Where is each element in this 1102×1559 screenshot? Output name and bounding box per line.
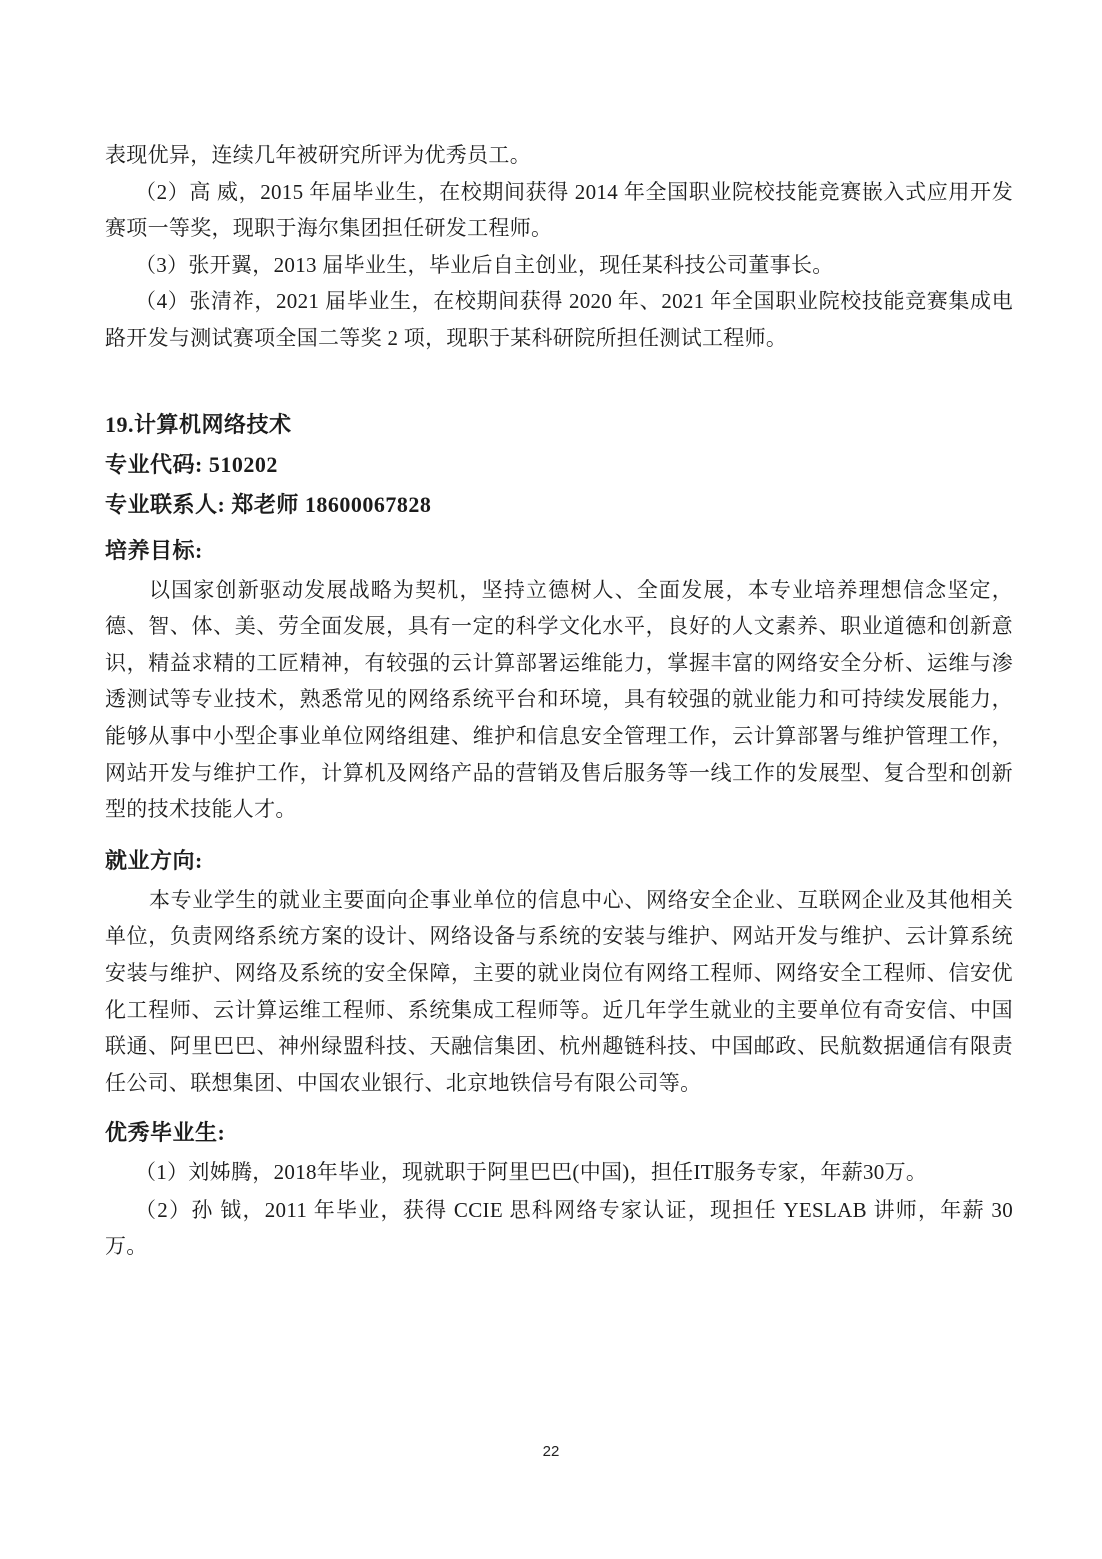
major-code-line: 专业代码: 510202 <box>105 445 1013 485</box>
previous-graduate-item-4: （4）张清祚，2021 届毕业生，在校期间获得 2020 年、2021 年全国职… <box>105 283 1013 356</box>
employment-direction-heading: 就业方向: <box>105 841 1013 881</box>
training-goal-heading: 培养目标: <box>105 531 1013 571</box>
previous-graduate-item-2: （2）高 威，2015 年届毕业生，在校期间获得 2014 年全国职业院校技能竞… <box>105 174 1013 247</box>
outstanding-graduate-item-1: （1）刘姊腾，2018年毕业，现就职于阿里巴巴(中国)，担任IT服务专家，年薪3… <box>105 1154 1013 1191</box>
major-title-heading: 19.计算机网络技术 <box>105 405 1013 445</box>
training-goal-paragraph: 以国家创新驱动发展战略为契机，坚持立德树人、全面发展，本专业培养理想信念坚定，德… <box>105 572 1013 828</box>
previous-graduate-item-3: （3）张开翼，2013 届毕业生，毕业后自主创业，现任某科技公司董事长。 <box>105 247 1013 284</box>
page-number: 22 <box>0 1443 1102 1460</box>
outstanding-graduate-item-2: （2）孙 钺，2011 年毕业，获得 CCIE 思科网络专家认证，现担任 YES… <box>105 1192 1013 1265</box>
previous-section-continuation-line: 表现优异，连续几年被研究所评为优秀员工。 <box>105 137 1013 174</box>
page-content: 表现优异，连续几年被研究所评为优秀员工。 （2）高 威，2015 年届毕业生，在… <box>105 137 1013 1265</box>
document-page: 表现优异，连续几年被研究所评为优秀员工。 （2）高 威，2015 年届毕业生，在… <box>0 0 1102 1559</box>
outstanding-graduates-heading: 优秀毕业生: <box>105 1113 1013 1153</box>
employment-direction-paragraph: 本专业学生的就业主要面向企事业单位的信息中心、网络安全企业、互联网企业及其他相关… <box>105 882 1013 1102</box>
major-contact-line: 专业联系人: 郑老师 18600067828 <box>105 485 1013 525</box>
